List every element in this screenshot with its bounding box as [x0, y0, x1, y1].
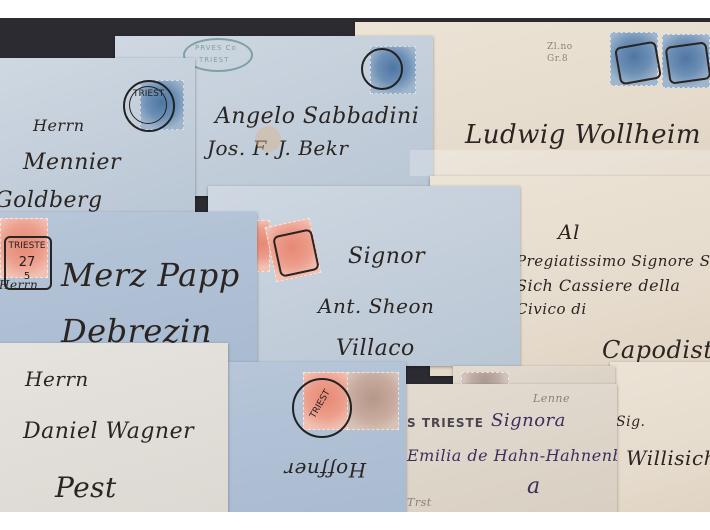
- address-line: Trst: [407, 496, 432, 509]
- postmark: [272, 228, 320, 277]
- salutation: Herrn: [0, 278, 38, 292]
- pencil-note: Lenne: [533, 392, 570, 405]
- salutation: Signora: [491, 410, 566, 431]
- cover-bottom-center-left: TRIEST Hoffner: [228, 362, 406, 512]
- cachet-text: TRIEST: [199, 56, 229, 64]
- postmark-city: TRIESTE: [5, 242, 49, 251]
- pencil-note: Zl.no: [547, 42, 573, 52]
- address-line: Capodistria: [602, 336, 710, 364]
- addressee: Mennier: [23, 150, 121, 175]
- letter-covers-photo: Zl.no Gr.8 Ludwig Wollheim PRVES Co TRIE…: [0, 18, 710, 512]
- address-line: Goldberg: [0, 188, 103, 213]
- salutation: Herrn: [25, 367, 89, 391]
- stamp: [347, 372, 399, 430]
- address-line: Pregiatissimo Signore Signor: [516, 252, 710, 270]
- plastic-sleeve-edge: [410, 150, 710, 176]
- address-line: Pest: [55, 471, 117, 504]
- address-line: Sich Cassiere della: [516, 276, 680, 295]
- address-line: a: [527, 474, 541, 499]
- salutation: Signor: [348, 244, 425, 269]
- postmark: [614, 41, 662, 86]
- salutation: Al: [558, 220, 580, 244]
- addressee: Ant. Sheon: [318, 294, 434, 318]
- postmark-text: TRIEST: [133, 90, 163, 99]
- postmark: [665, 41, 710, 84]
- cover-top-left: TRIEST Herrn Mennier Goldberg: [0, 58, 195, 218]
- addressee: Merz Papp: [61, 256, 240, 294]
- address-line: Civico di: [516, 300, 587, 318]
- addressee: Ludwig Wollheim: [465, 120, 701, 150]
- postmark-day: 27: [5, 256, 49, 269]
- boxed-cancel: S TRIESTE: [407, 416, 484, 430]
- foxing-stain: [255, 126, 281, 152]
- cover-bottom-center: S TRIESTE Lenne Signora Emilia de Hahn-H…: [405, 384, 617, 512]
- addressee: Emilia de Hahn-Hahnenbeck: [407, 446, 617, 465]
- address-line: Villaco: [336, 336, 415, 361]
- cover-bottom-left: Herrn Daniel Wagner Pest: [0, 343, 228, 512]
- addressee: Daniel Wagner: [23, 419, 194, 444]
- pencil-note: Gr.8: [547, 54, 568, 64]
- cover-bottom-right: Sig. Willisich: [610, 362, 710, 512]
- addressee: Hoffner: [284, 458, 366, 482]
- cachet-text: PRVES Co: [195, 44, 237, 52]
- addressee: Angelo Sabbadini: [215, 104, 419, 129]
- salutation: Herrn: [33, 116, 85, 135]
- addressee: Willisich: [626, 446, 710, 470]
- salutation: Sig.: [616, 414, 645, 430]
- postmark: [361, 48, 403, 90]
